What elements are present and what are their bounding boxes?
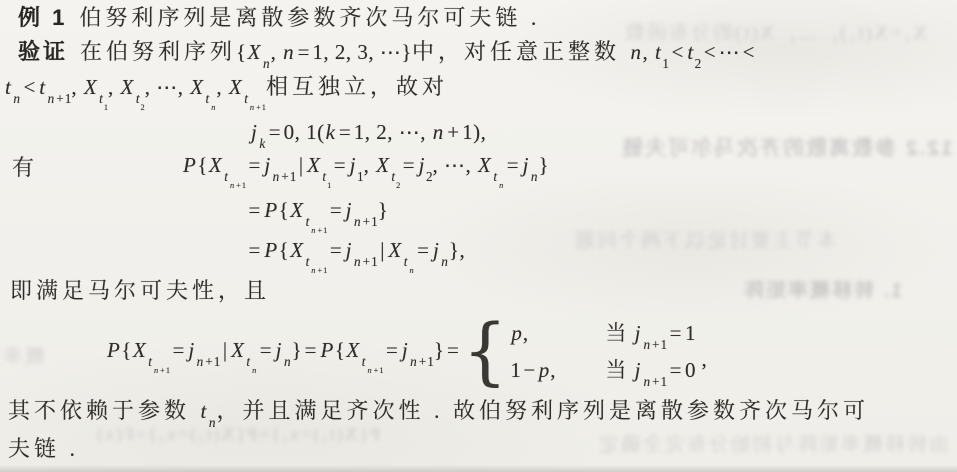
proof-line-1: 验证在伯努利序列{Xn, n=1, 2, 3, ⋯}中，对任意正整数 n, t1… — [18, 37, 757, 67]
case-value: 1−p, — [510, 353, 605, 387]
scanned-textbook-page: X₁=X(t₁)，⋯，X(t)的分布函数 12.2 参数离散的齐次马尔可夫链 本… — [0, 0, 957, 472]
text-conclusion-2: 夫链 . — [8, 434, 79, 464]
case-condition: 当 jn+1=1 — [605, 316, 696, 350]
formula-label-you: 有 — [12, 153, 34, 183]
case-row: p,当 jn+1=1 — [510, 316, 696, 350]
cases-after-comma: , — [701, 347, 707, 372]
cases-rows: p,当 jn+1=11−p,当 jn+1=0 — [510, 316, 696, 387]
proof-line-2: tn<tn+1, Xt1, Xt2, ⋯, Xtn, Xtn+1相互独立，故对 — [4, 72, 448, 102]
formula-transition-probability: P{Xtn+1=jn+1|Xtn=jn}=P{Xtn+1=jn+1}= { p,… — [106, 310, 707, 392]
formula-conditional-probability: P{Xtn+1=jn+1|Xt1=j1, Xt2=j2, ⋯, Xtn=jn} — [182, 150, 549, 180]
formula-jk-values: jk=0, 1(k=1, 2, ⋯, n+1), — [250, 117, 486, 147]
bleedthrough-formula: P{X(t₁)=x₁}=P{X(t₂)=x₂}=F(x) — [95, 424, 380, 445]
text-conclusion-1: 其不依赖于参数 tn，并且满足齐次性 . 故伯努利序列是离散参数齐次马尔可 — [8, 396, 869, 426]
bleedthrough-text-3: 概率空间 5 — [0, 340, 45, 369]
bleedthrough-text-2: 本节主要讨论以下两个问题 — [573, 224, 837, 253]
example-1-statement: 例 1伯努利序列是离散参数齐次马尔可夫链 . — [18, 3, 540, 33]
bleedthrough-subheading: 1. 转移概率矩阵 — [742, 274, 902, 303]
formula-step-markov: =P{Xtn+1=jn+1|Xtn=jn}, — [246, 235, 465, 265]
bleedthrough-section-heading: 12.2 参数离散的齐次马尔可夫链 — [620, 132, 953, 162]
cases-brace: { — [463, 315, 508, 388]
case-row: 1−p,当 jn+1=0 — [510, 353, 696, 387]
formula-left-side: P{Xtn+1=jn+1|Xtn=jn}=P{Xtn+1=jn+1}= — [106, 338, 462, 364]
case-condition: 当 jn+1=0 — [605, 353, 696, 387]
bleedthrough-text-4: 由转移概率矩阵与初始分布完全确定 — [597, 428, 949, 457]
case-value: p, — [510, 316, 605, 350]
text-markov-property: 即满足马尔可夫性，且 — [10, 276, 270, 306]
formula-step-independence: =P{Xtn+1=jn+1} — [246, 195, 388, 225]
